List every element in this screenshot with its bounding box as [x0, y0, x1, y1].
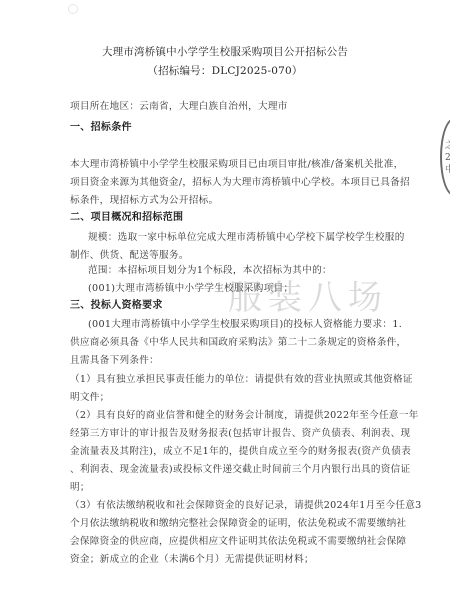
scanned-document-page: 大理市湾桥镇中小学学生校服采购项目公开招标公告 （招标编号：DLCJ2025-0…: [0, 0, 450, 600]
paragraph-line: 个月依法缴纳税收和缴纳完整社会保障资金的证明，依法免税或不需要缴纳社: [70, 515, 406, 529]
paragraph-line: 会保障资金的供应商，应提供相应文件证明其依法免税或不需要缴纳社会保障: [70, 533, 406, 547]
section-heading-conditions: 一、招标条件: [70, 118, 132, 133]
project-location: 项目所在地区：云南省，大理白族自治州，大理市: [70, 98, 288, 112]
paragraph-line: 标条件，现招标方式为公开招标。: [70, 192, 218, 206]
paragraph-line: 明；: [70, 479, 90, 493]
watermark: 服装八场: [228, 270, 388, 319]
seal-text: 之 2 中: [445, 140, 450, 176]
document-title: 大理市湾桥镇中小学学生校服采购项目公开招标公告: [0, 44, 450, 59]
section-heading-overview: 二、项目概况和招标范围: [70, 208, 183, 223]
paragraph-line: 金流量表及其附注)，成立不足1年的，提供自成立至今的财务报表(资产负债表: [70, 443, 411, 457]
paragraph-line: （1）具有独立承担民事责任能力的单位：请提供有效的营业执照或其他资格证: [70, 371, 413, 385]
paragraph-line: 项目资金来源为其他资金/，招标人为大理市湾桥镇中心学校。本项目已具备招: [70, 174, 410, 188]
paragraph-line: 且需具备下列条件：: [70, 352, 159, 366]
scan-speck: [68, 4, 78, 14]
paragraph-line: 规模：选取一家中标单位完成大理市湾桥镇中心学校下属学校学生校服的: [88, 229, 405, 243]
paragraph-line: 供应商必须具备《中华人民共和国政府采购法》第二十二条规定的资格条件，: [70, 334, 406, 348]
paragraph-line: 本大理市湾桥镇中小学学生校服采购项目已由项目审批/核准/备案机关批准，: [70, 156, 404, 170]
paragraph-line: 制作、供货、配送等服务。: [70, 247, 189, 261]
section-heading-qualifications: 三、投标人资格要求: [70, 296, 163, 311]
paragraph-line: 、利润表、现金流量表)或投标文件递交截止时间前三个月内银行出具的资信证: [70, 461, 410, 475]
paragraph-line: 资金；新成立的企业（未满6个月）无需提供证明材料；: [70, 551, 314, 565]
paragraph-line: （3）有依法缴纳税收和社会保障资金的良好记录，请提供2024年1月至今任意3: [70, 497, 422, 511]
bid-number: （招标编号：DLCJ2025-070）: [0, 63, 450, 78]
paragraph-line: 明文件；: [70, 389, 110, 403]
paragraph-line: （2）具有良好的商业信誉和健全的财务会计制度，请提供2022年至今任意一年: [70, 407, 419, 421]
paragraph-line: 经第三方审计的审计报告及财务报表(包括审计报告、资产负债表、利润表、现: [70, 425, 410, 439]
